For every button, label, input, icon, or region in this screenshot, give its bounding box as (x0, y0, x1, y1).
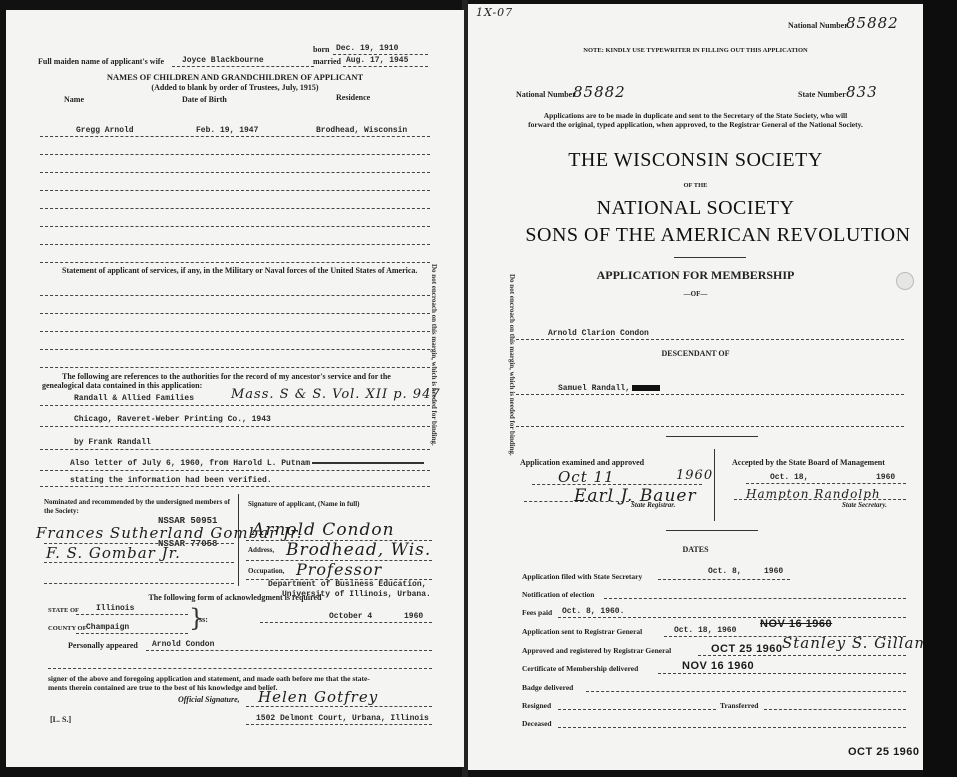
col-dob: Date of Birth (182, 95, 227, 104)
reference-line-1: Randall & Allied Families (74, 394, 194, 403)
struck-stamp: NOV 16 1960 (760, 618, 832, 630)
title-national-society: NATIONAL SOCIETY (468, 197, 923, 220)
county-label: County of (48, 625, 87, 632)
col-name: Name (64, 95, 84, 104)
corner-note: 1X-07 (476, 6, 513, 19)
reference-line-5: stating the information had been verifie… (70, 476, 272, 485)
wife-born-date: Dec. 19, 1910 (336, 44, 398, 53)
reference-handwritten-note: Mass. S & S. Vol. XII p. 947 (231, 387, 441, 402)
punch-hole (896, 272, 914, 290)
wife-married-date: Aug. 17, 1945 (346, 56, 408, 65)
dates-heading: DATES (468, 545, 923, 554)
wife-name: Joyce Blackbourne (182, 56, 264, 65)
top-national-number: 85882 (846, 14, 899, 32)
child-name: Gregg Arnold (76, 126, 134, 135)
applicant-occupation: Professor (296, 560, 382, 579)
examined-year: 1960 (676, 468, 713, 483)
acknowledgment-year: 1960 (404, 612, 423, 621)
oath-text-1: signer of the above and foregoing applic… (48, 674, 370, 683)
oath-text-2: ments therein contained are true to the … (48, 683, 278, 692)
title-sons-of-revolution: SONS OF THE AMERICAN REVOLUTION (508, 224, 923, 247)
typewriter-note: NOTE: KINDLY USE TYPEWRITER IN FILLING O… (468, 47, 923, 54)
official-address: 1502 Delmont Court, Urbana, Illinois (256, 714, 429, 723)
children-heading: NAMES OF CHILDREN AND GRANDCHILDREN OF A… (6, 72, 464, 82)
appeared-name: Arnold Condon (152, 640, 214, 649)
state-label: State of (48, 607, 79, 614)
examined-label: Application examined and approved (520, 458, 644, 467)
registrar-general-signature: Stanley S. Gillam (782, 634, 923, 652)
right-page: 1X-07 National Number 85882 NOTE: KINDLY… (468, 4, 923, 770)
instructions-line-1: Applications are to be made in duplicate… (468, 111, 923, 120)
nominator-signature-2: F. S. Gombar Jr. (46, 544, 181, 562)
child-residence: Brodhead, Wisconsin (316, 126, 407, 135)
ancestor-name: Samuel Randall, (558, 384, 660, 393)
seal-label: [L. S.] (50, 715, 71, 724)
application-title: APPLICATION FOR MEMBERSHIP (468, 268, 923, 283)
accepted-label: Accepted by the State Board of Managemen… (732, 458, 885, 467)
children-subheading: (Added to blank by order of Trustees, Ju… (6, 83, 464, 92)
accepted-year: 1960 (876, 473, 895, 482)
address-label: Address, (248, 546, 274, 554)
official-signature: Helen Gotfrey (258, 688, 378, 706)
col-residence: Residence (336, 93, 370, 102)
state-number-label: State Number (798, 90, 846, 99)
page-edge (923, 0, 957, 777)
occupation-label: Occupation, (248, 567, 284, 575)
appeared-label: Personally appeared (68, 641, 138, 650)
national-number-label: National Number (516, 90, 576, 99)
reference-line-3: by Frank Randall (74, 438, 151, 447)
instructions-line-2: forward the original, typed application,… (468, 120, 923, 129)
national-number: 85882 (573, 83, 626, 101)
registrar-label: State Registrar. (631, 501, 675, 509)
nomination-label: Nominated and recommended by the undersi… (44, 498, 234, 516)
secretary-label: State Secretary. (842, 501, 887, 509)
redaction-mark (632, 385, 660, 391)
of-label: —OF— (468, 290, 923, 298)
binding-margin-note: Do not encroach on this margin, which is… (508, 274, 516, 456)
wife-born-label: born (313, 45, 329, 54)
services-label: Statement of applicant of services, if a… (42, 266, 432, 275)
descendant-of-label: DESCENDANT OF (468, 349, 923, 358)
state-value: Illinois (96, 604, 134, 613)
wife-name-label: Full maiden name of applicant's wife (38, 57, 164, 66)
applicant-signature: Arnold Condon (252, 520, 395, 540)
official-signature-label: Official Signature, (178, 695, 240, 704)
received-date-stamp: OCT 25 1960 (848, 746, 920, 758)
acknowledgment-heading: The following form of acknowledgment is … (6, 593, 464, 602)
ss-label: ss: (199, 615, 208, 624)
left-page: born Dec. 19, 1910 Full maiden name of a… (6, 10, 464, 767)
transferred-label: Transferred (720, 701, 758, 710)
title-of-the: OF THE (468, 182, 923, 189)
applicant-address: Brodhead, Wis. (286, 540, 431, 560)
county-value: Champaign (86, 623, 129, 632)
applicant-name: Arnold Clarion Condon (548, 329, 649, 338)
accepted-date: Oct. 18, (770, 473, 808, 482)
applicant-department: Department of Business Education, (268, 580, 426, 589)
applicant-signature-label: Signature of applicant, (Name in full) (248, 500, 360, 508)
reference-line-4: Also letter of July 6, 1960, from Harold… (70, 459, 310, 468)
wife-married-label: married (313, 57, 341, 66)
reference-line-2: Chicago, Raveret-Weber Printing Co., 194… (74, 415, 271, 424)
child-dob: Feb. 19, 1947 (196, 126, 258, 135)
state-number: 833 (846, 83, 878, 101)
struck-out-text (312, 462, 424, 464)
top-national-number-label: National Number (788, 21, 848, 30)
binding-margin-note: Do not encroach on this margin, which is… (430, 264, 438, 446)
title-wisconsin-society: THE WISCONSIN SOCIETY (468, 149, 923, 172)
acknowledgment-date: October 4 (329, 612, 372, 621)
